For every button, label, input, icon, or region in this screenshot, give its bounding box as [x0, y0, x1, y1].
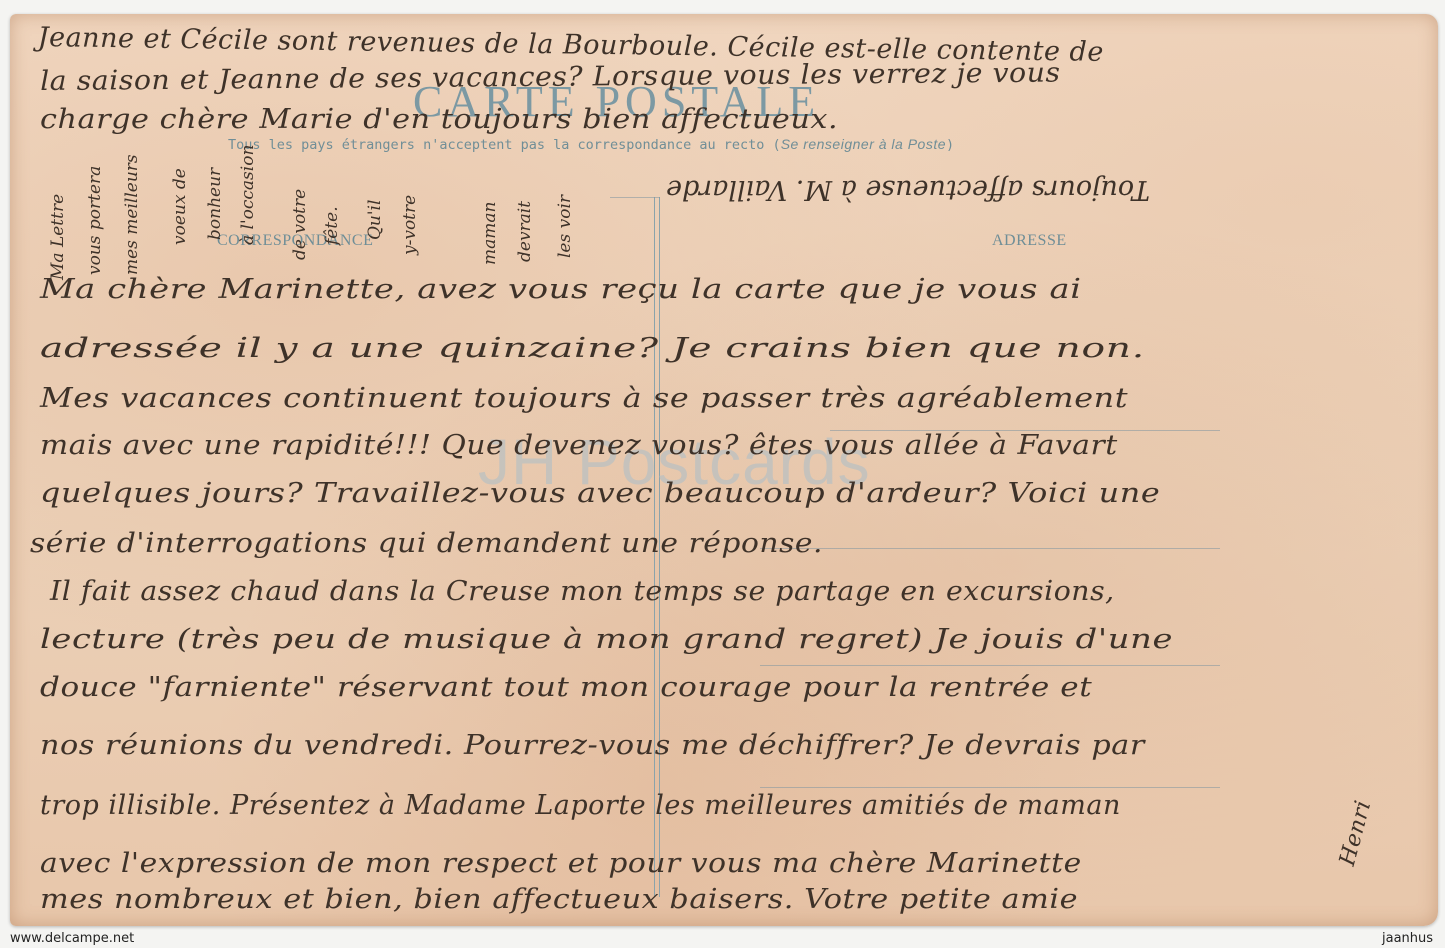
vertical-note: fête.: [322, 206, 342, 245]
handwritten-line: lecture (très peu de musique à mon grand…: [40, 624, 1173, 655]
handwritten-line: douce "farniente" réservant tout mon cou…: [40, 672, 1092, 703]
vertical-note: Ma Lettre: [48, 194, 68, 280]
vertical-note: y-votre: [400, 195, 420, 255]
postal-notice: Tous les pays étrangers n'acceptent pas …: [228, 136, 954, 153]
vertical-note: vous portera: [85, 166, 105, 275]
handwritten-line: série d'interrogations qui demandent une…: [30, 528, 823, 559]
vertical-note: voeux de: [170, 168, 190, 245]
address-line: [760, 665, 1220, 666]
source-credit-left[interactable]: www.delcampe.net: [10, 931, 134, 946]
upside-down-handwriting: Toujours affectueuse à M. Vaillarde: [628, 174, 1188, 205]
handwritten-line: trop illisible. Présentez à Madame Lapor…: [40, 790, 1121, 821]
notice-suffix: ): [946, 137, 954, 153]
handwritten-line: nos réunions du vendredi. Pourrez-vous m…: [40, 730, 1145, 761]
notice-italic: Se renseigner à la Poste: [781, 136, 946, 152]
vertical-note: de votre: [290, 189, 310, 260]
vertical-note: devrait: [515, 201, 535, 262]
vertical-note: Qu'il: [365, 200, 385, 240]
handwritten-line: mais avec une rapidité!!! Que devenez vo…: [40, 430, 1118, 461]
source-credit-right: jaanhus: [1382, 931, 1433, 946]
handwritten-line: mes nombreux et bien, bien affectueux ba…: [40, 884, 1078, 915]
vertical-note: les voir: [555, 195, 575, 258]
handwritten-line: quelques jours? Travaillez-vous avec bea…: [40, 478, 1160, 509]
handwritten-line: charge chère Marie d'en toujours bien af…: [40, 104, 838, 135]
vertical-note: à l'occasion: [238, 145, 258, 245]
address-line: [760, 787, 1220, 788]
handwritten-line: adressée il y a une quinzaine? Je crains…: [40, 333, 1145, 364]
vertical-note: bonheur: [205, 168, 225, 240]
vertical-note: maman: [480, 202, 500, 265]
address-line: [760, 548, 1220, 549]
notice-text: Tous les pays étrangers n'acceptent pas …: [228, 137, 781, 153]
handwritten-line: avec l'expression de mon respect et pour…: [40, 848, 1082, 879]
vertical-note: mes meilleurs: [122, 154, 142, 275]
adresse-label: ADRESSE: [992, 232, 1067, 250]
handwritten-line: Ma chère Marinette, avez vous reçu la ca…: [40, 274, 1082, 305]
handwritten-line: Il fait assez chaud dans la Creuse mon t…: [50, 576, 1115, 607]
handwritten-line: Mes vacances continuent toujours à se pa…: [40, 383, 1128, 414]
